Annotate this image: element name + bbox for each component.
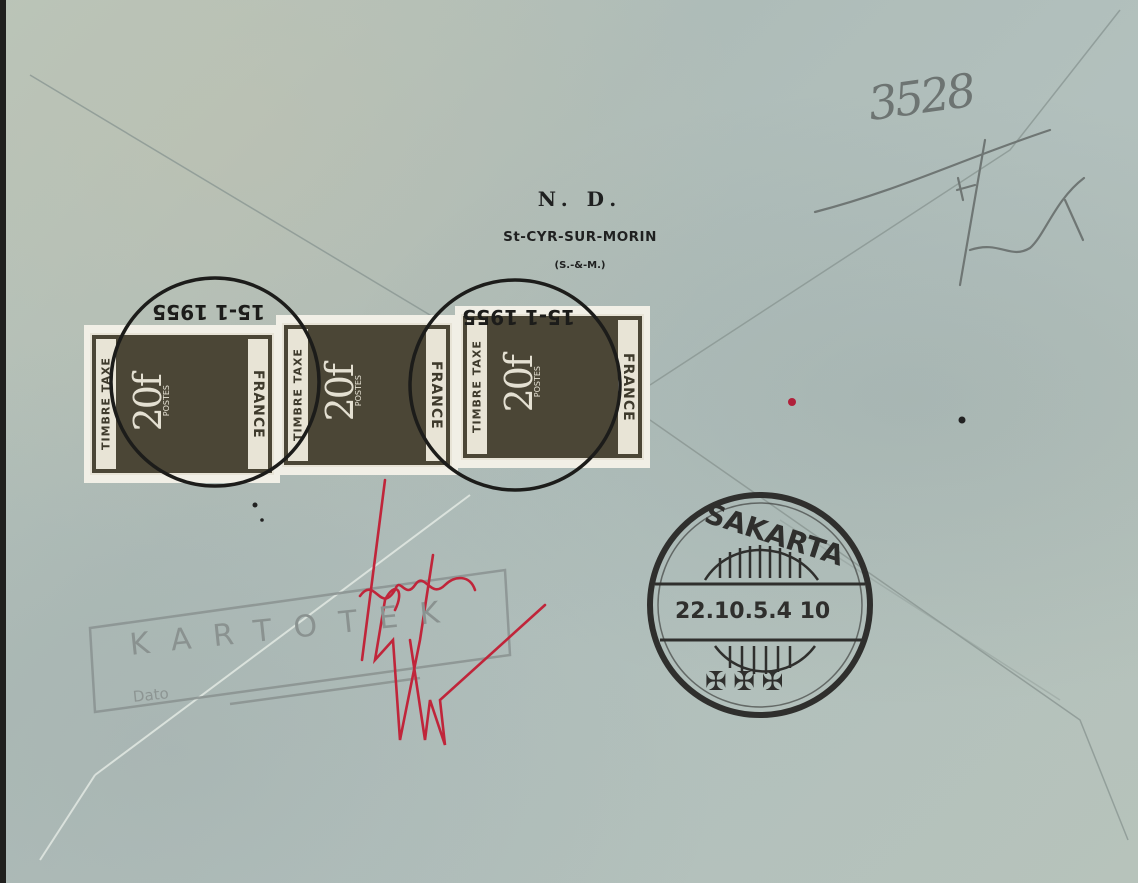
kartotek-date-label: Dato xyxy=(132,684,169,706)
svg-text:15-1 1955: 15-1 1955 xyxy=(462,305,575,329)
french-postmarks: 15-1 1955 15-1 1955 xyxy=(0,0,1138,883)
envelope-back: SAKARTA 22.10.5.4 10 ✠ ✠ ✠ N. D. St-CYR-… xyxy=(0,0,1138,883)
svg-text:15-1 1955: 15-1 1955 xyxy=(152,300,265,324)
